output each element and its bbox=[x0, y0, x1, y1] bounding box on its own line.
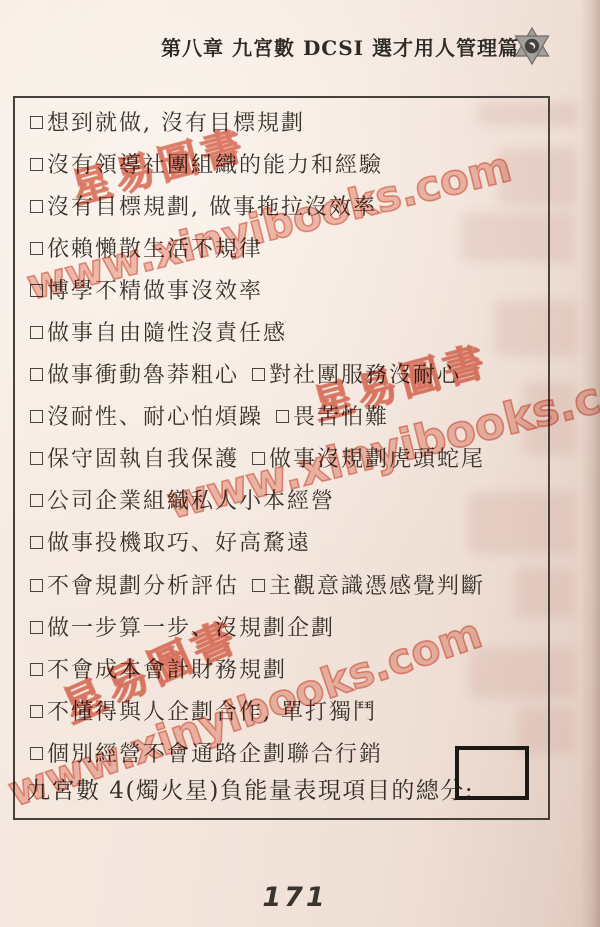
checklist-item-label: 保守固執自我保護 bbox=[47, 442, 239, 473]
checklist-item: 沒耐性、耐心怕煩躁畏苦怕難 bbox=[30, 395, 540, 437]
page-edge-shadow bbox=[580, 0, 600, 927]
checklist-item: 不懂得與人企劃合作, 單打獨鬥 bbox=[30, 689, 540, 731]
empty-checkbox-icon bbox=[252, 452, 265, 465]
empty-checkbox-icon bbox=[30, 368, 43, 381]
empty-checkbox-icon bbox=[30, 536, 43, 549]
score-label: 九宮數 4(燭火星)負能量表現項目的總分: bbox=[27, 778, 474, 804]
checklist-item-segment: 不會成本會計財務規劃 bbox=[30, 653, 287, 684]
empty-checkbox-icon bbox=[276, 410, 289, 423]
checklist: 想到就做, 沒有目標規劃沒有領導社團組織的能力和經驗沒有目標規劃, 做事拖拉沒效… bbox=[30, 100, 540, 774]
score-input-box bbox=[455, 746, 529, 800]
checklist-item-label: 做事衝動魯莽粗心 bbox=[47, 358, 239, 389]
checklist-item: 做事衝動魯莽粗心對社團服務沒耐心 bbox=[30, 353, 540, 395]
chapter-title: 第八章 九宮數 DCSI 選才用人管理篇 bbox=[150, 32, 530, 61]
checklist-item-label: 博學不精做事沒效率 bbox=[47, 274, 263, 305]
checklist-item-label: 沒有目標規劃, 做事拖拉沒效率 bbox=[47, 190, 377, 221]
checklist-item-label: 對社團服務沒耐心 bbox=[269, 358, 461, 389]
checklist-item: 不會成本會計財務規劃 bbox=[30, 647, 540, 689]
checklist-item-segment: 沒耐性、耐心怕煩躁 bbox=[30, 400, 263, 431]
checklist-item: 博學不精做事沒效率 bbox=[30, 268, 540, 310]
checklist-item-segment: 博學不精做事沒效率 bbox=[30, 274, 263, 305]
checklist-item-segment: 做事衝動魯莽粗心 bbox=[30, 358, 239, 389]
checklist-item-label: 畏苦怕難 bbox=[293, 400, 389, 431]
checklist-border-box: 想到就做, 沒有目標規劃沒有領導社團組織的能力和經驗沒有目標規劃, 做事拖拉沒效… bbox=[13, 96, 550, 820]
checklist-item-label: 做一步算一步、沒規劃企劃 bbox=[47, 611, 335, 642]
checklist-item: 不會規劃分析評估主觀意識憑感覺判斷 bbox=[30, 563, 540, 605]
empty-checkbox-icon bbox=[30, 452, 43, 465]
checklist-item-label: 沒耐性、耐心怕煩躁 bbox=[47, 400, 263, 431]
empty-checkbox-icon bbox=[30, 115, 43, 128]
empty-checkbox-icon bbox=[30, 284, 43, 297]
checklist-item-label: 個別經營不會通路企劃聯合行銷 bbox=[47, 737, 383, 768]
checklist-item-label: 不懂得與人企劃合作, 單打獨鬥 bbox=[47, 695, 377, 726]
checklist-item: 做一步算一步、沒規劃企劃 bbox=[30, 605, 540, 647]
checklist-item-segment: 公司企業組織私人小本經營 bbox=[30, 484, 335, 515]
empty-checkbox-icon bbox=[30, 494, 43, 507]
checklist-item-segment: 沒有領導社團組織的能力和經驗 bbox=[30, 148, 383, 179]
checklist-item-segment: 主觀意識憑感覺判斷 bbox=[252, 569, 485, 600]
checklist-item-segment: 想到就做, 沒有目標規劃 bbox=[30, 106, 305, 137]
checklist-item: 想到就做, 沒有目標規劃 bbox=[30, 100, 540, 142]
empty-checkbox-icon bbox=[30, 200, 43, 213]
score-row: 九宮數 4(燭火星)負能量表現項目的總分: bbox=[27, 772, 474, 805]
checklist-item-segment: 不懂得與人企劃合作, 單打獨鬥 bbox=[30, 695, 377, 726]
empty-checkbox-icon bbox=[252, 368, 265, 381]
checklist-item-segment: 不會規劃分析評估 bbox=[30, 569, 239, 600]
checklist-item-label: 做事沒規劃虎頭蛇尾 bbox=[269, 442, 485, 473]
empty-checkbox-icon bbox=[30, 242, 43, 255]
checklist-item-label: 不會成本會計財務規劃 bbox=[47, 653, 287, 684]
checklist-item-label: 公司企業組織私人小本經營 bbox=[47, 484, 335, 515]
checklist-item: 依賴懶散生活不規律 bbox=[30, 226, 540, 268]
checklist-item-segment: 對社團服務沒耐心 bbox=[252, 358, 461, 389]
checklist-item-segment: 保守固執自我保護 bbox=[30, 442, 239, 473]
checklist-item: 沒有領導社團組織的能力和經驗 bbox=[30, 142, 540, 184]
checklist-item: 保守固執自我保護做事沒規劃虎頭蛇尾 bbox=[30, 437, 540, 479]
checklist-item-segment: 做事投機取巧、好高騖遠 bbox=[30, 526, 311, 557]
empty-checkbox-icon bbox=[30, 621, 43, 634]
empty-checkbox-icon bbox=[30, 326, 43, 339]
book-page: 第八章 九宮數 DCSI 選才用人管理篇 想到就做, 沒有目標規劃沒有領導社團組… bbox=[0, 0, 600, 927]
checklist-item-segment: 沒有目標規劃, 做事拖拉沒效率 bbox=[30, 190, 377, 221]
empty-checkbox-icon bbox=[30, 663, 43, 676]
checklist-item: 沒有目標規劃, 做事拖拉沒效率 bbox=[30, 184, 540, 226]
empty-checkbox-icon bbox=[252, 579, 265, 592]
checklist-item-label: 主觀意識憑感覺判斷 bbox=[269, 569, 485, 600]
page-number: 171 bbox=[0, 882, 590, 913]
checklist-item-segment: 依賴懶散生活不規律 bbox=[30, 232, 263, 263]
checklist-item-label: 依賴懶散生活不規律 bbox=[47, 232, 263, 263]
six-pointed-star-icon bbox=[512, 25, 552, 65]
checklist-item-label: 想到就做, 沒有目標規劃 bbox=[47, 106, 305, 137]
empty-checkbox-icon bbox=[30, 705, 43, 718]
checklist-item-label: 沒有領導社團組織的能力和經驗 bbox=[47, 148, 383, 179]
checklist-item-segment: 個別經營不會通路企劃聯合行銷 bbox=[30, 737, 383, 768]
checklist-item-segment: 做事自由隨性沒責任感 bbox=[30, 316, 287, 347]
checklist-item-segment: 畏苦怕難 bbox=[276, 400, 389, 431]
empty-checkbox-icon bbox=[30, 410, 43, 423]
checklist-item-label: 做事自由隨性沒責任感 bbox=[47, 316, 287, 347]
checklist-item-segment: 做一步算一步、沒規劃企劃 bbox=[30, 611, 335, 642]
checklist-item: 做事投機取巧、好高騖遠 bbox=[30, 521, 540, 563]
empty-checkbox-icon bbox=[30, 158, 43, 171]
checklist-item-label: 不會規劃分析評估 bbox=[47, 569, 239, 600]
checklist-item: 做事自由隨性沒責任感 bbox=[30, 310, 540, 352]
checklist-item-label: 做事投機取巧、好高騖遠 bbox=[47, 526, 311, 557]
empty-checkbox-icon bbox=[30, 579, 43, 592]
checklist-item: 公司企業組織私人小本經營 bbox=[30, 479, 540, 521]
checklist-item-segment: 做事沒規劃虎頭蛇尾 bbox=[252, 442, 485, 473]
empty-checkbox-icon bbox=[30, 747, 43, 760]
